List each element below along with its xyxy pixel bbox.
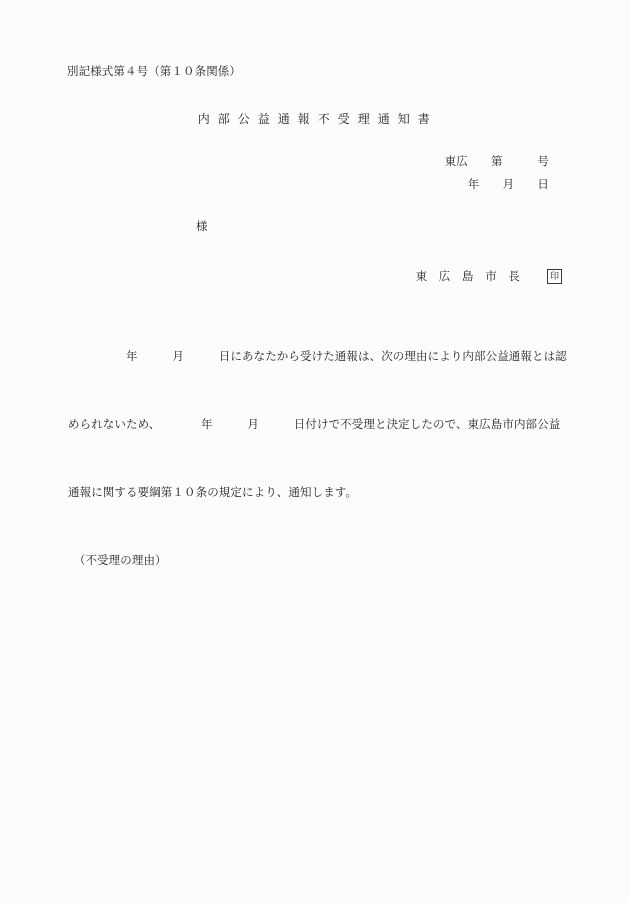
- addressee-honorific: 様: [196, 218, 208, 234]
- form-reference-label: 別記様式第４号（第１０条関係）: [67, 63, 241, 79]
- document-title: 内 部 公 益 通 報 不 受 理 通 知 書: [0, 110, 630, 127]
- body-line: められないため、 年 月 日付けで不受理と決定したので、東広島市内部公益: [68, 414, 567, 437]
- sender-line: 東 広 島 市 長印: [404, 256, 562, 296]
- seal-placeholder-icon: 印: [547, 269, 562, 284]
- body-line: 年 月 日にあなたから受けた通報は、次の理由により内部公益通報とは認: [68, 346, 567, 369]
- document-date-line: 年 月 日: [468, 176, 549, 192]
- sender-title: 東 広 島 市 長: [416, 271, 520, 283]
- document-page: 別記様式第４号（第１０条関係） 内 部 公 益 通 報 不 受 理 通 知 書 …: [0, 0, 630, 903]
- body-paragraph: 年 月 日にあなたから受けた通報は、次の理由により内部公益通報とは認 められない…: [68, 301, 567, 617]
- document-number-line: 東広 第 号: [445, 153, 549, 169]
- body-line-rejection-reason-heading: （不受理の理由）: [68, 550, 567, 573]
- body-line: 通報に関する要綱第１０条の規定により、通知します。: [68, 482, 567, 505]
